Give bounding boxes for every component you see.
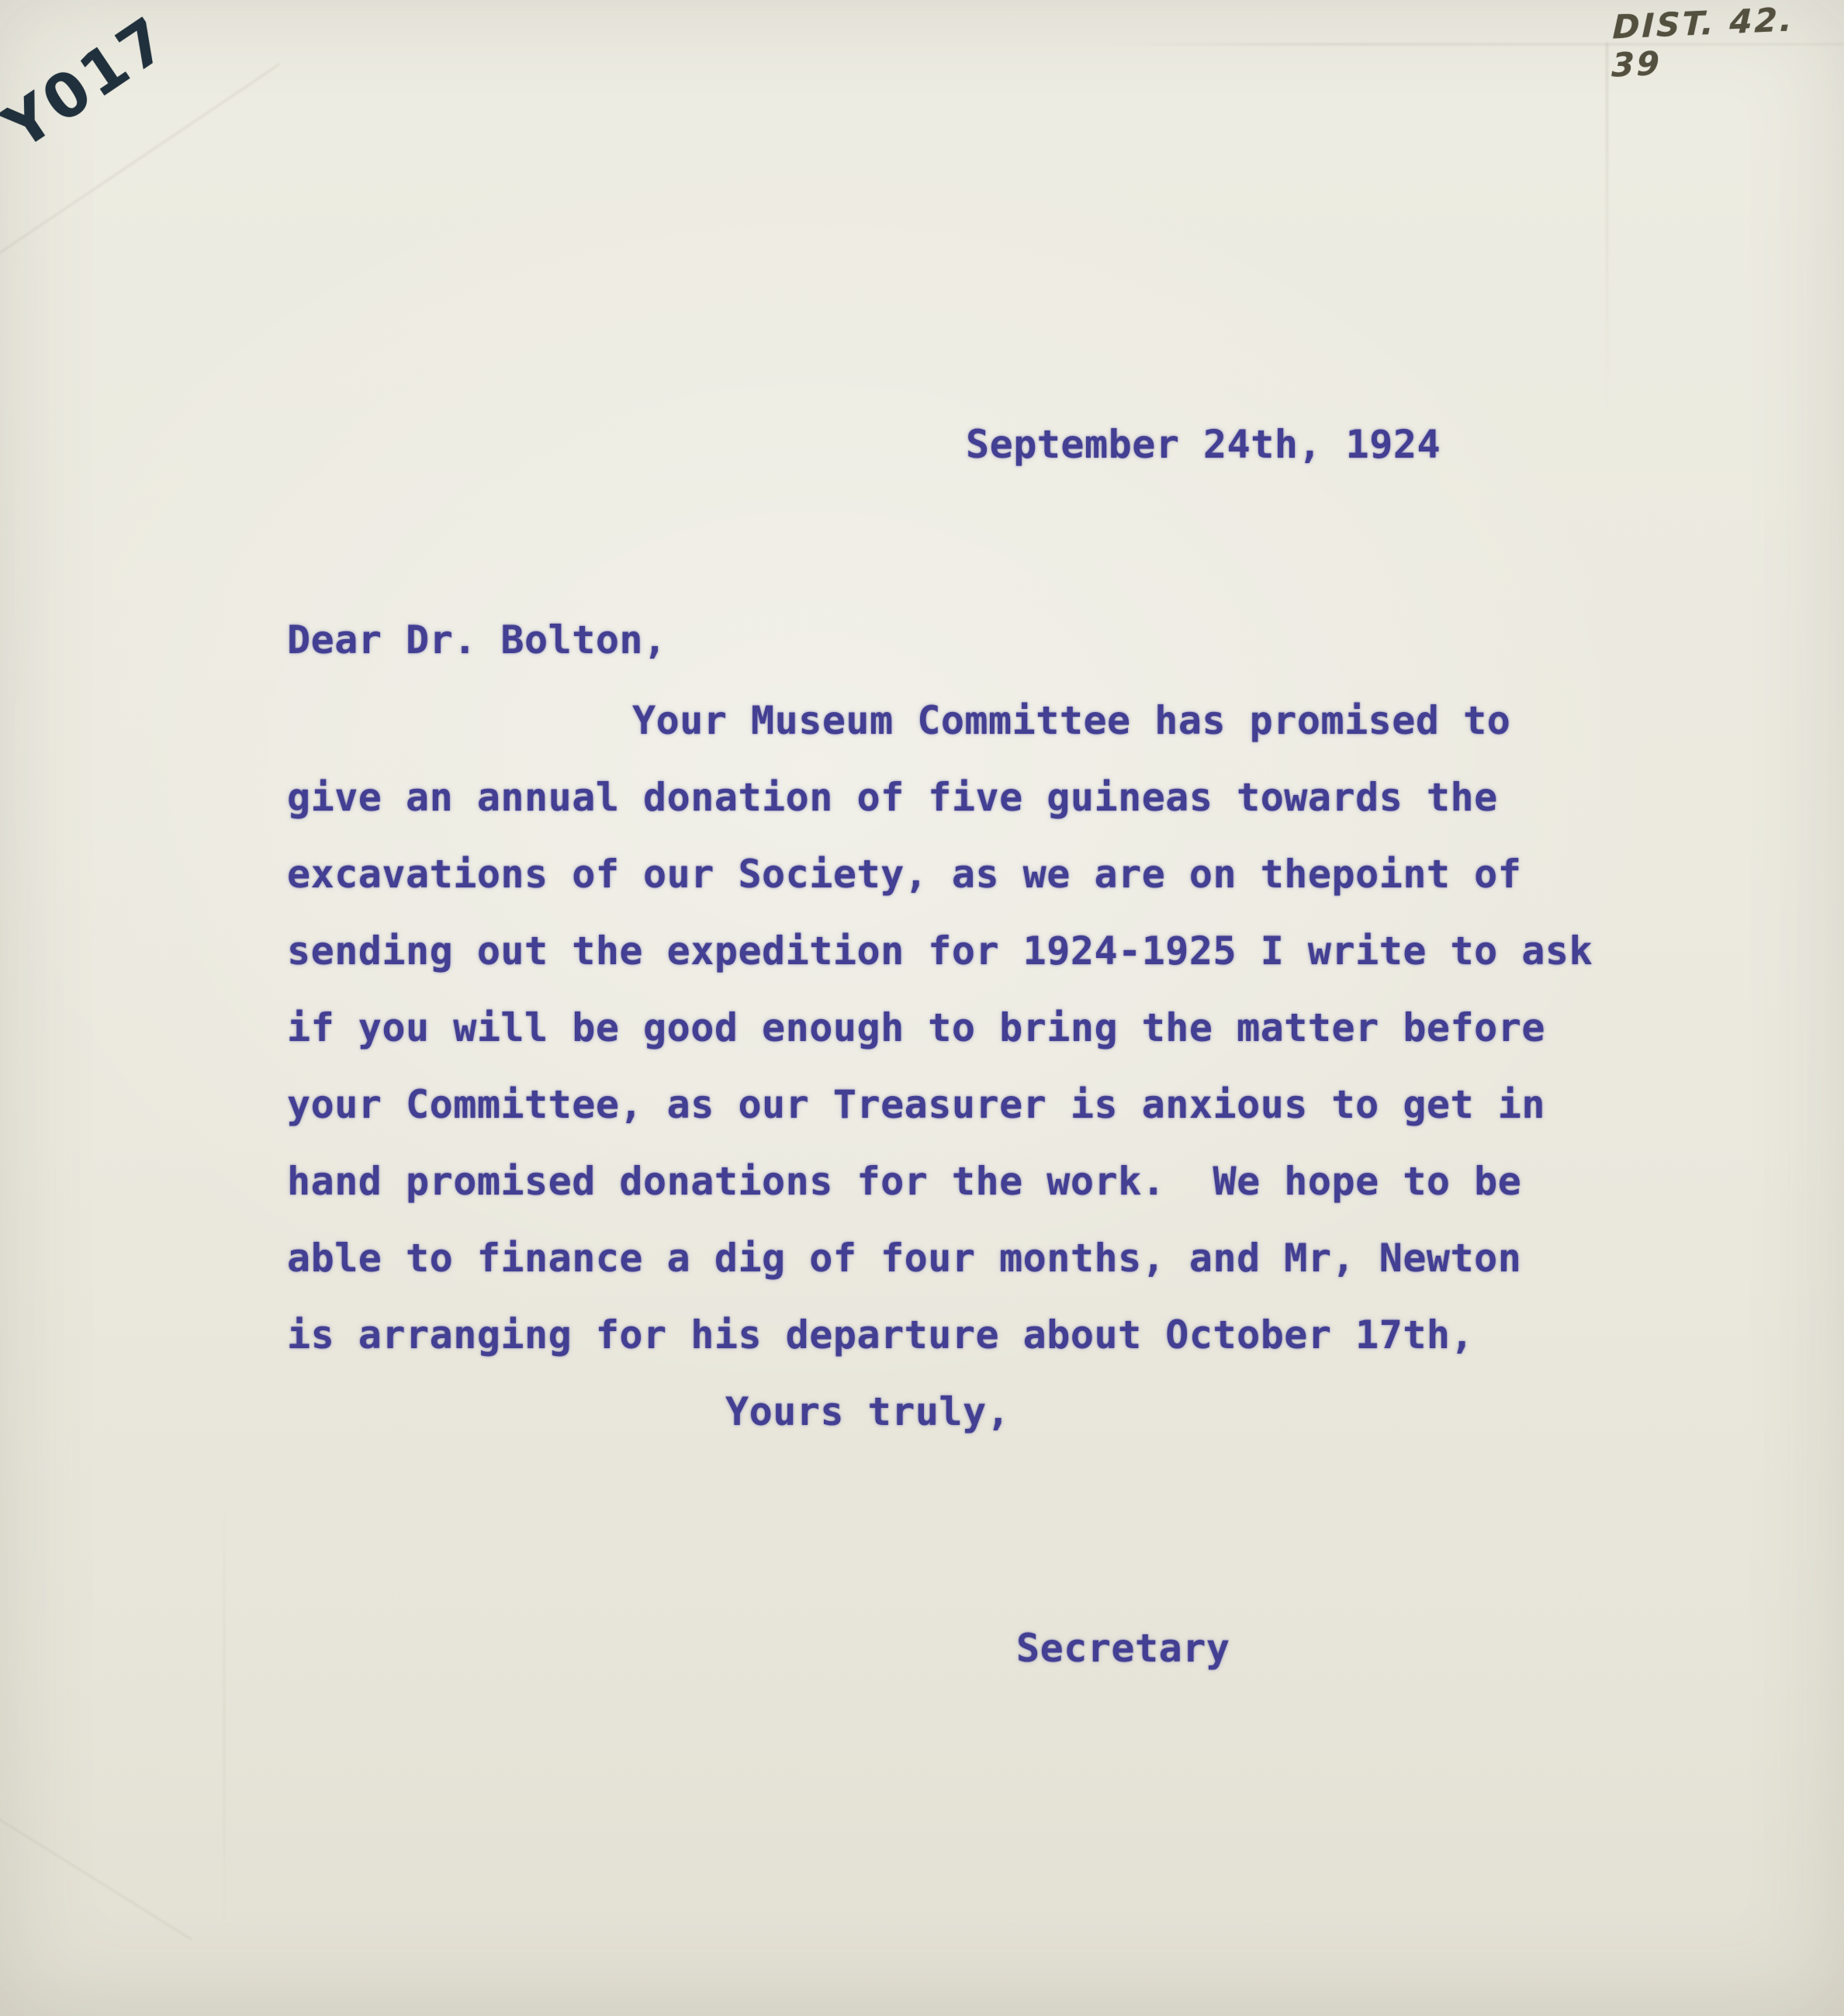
letter-scan-page: DIST. 42. 39 Y017 September 24th, 1924 D…: [0, 0, 1844, 2016]
letter-body-line: if you will be good enough to bring the …: [287, 990, 1668, 1067]
letter-signature: Secretary: [1016, 1629, 1230, 1668]
letter-salutation: Dear Dr. Bolton,: [287, 621, 667, 659]
letter-body-line: hand promised donations for the work. We…: [287, 1143, 1668, 1220]
letter-body-line: is arranging for his departure about Oct…: [287, 1297, 1668, 1374]
paper-crease-diagonal-bottom-left: [0, 1816, 192, 1941]
letter-body-line: your Committee, as our Treasurer is anxi…: [287, 1067, 1668, 1143]
catalog-mark-annotation: Y017: [0, 3, 182, 163]
letter-body-line: sending out the expedition for 1924-1925…: [287, 913, 1668, 990]
letter-body-line: able to finance a dig of four months, an…: [287, 1220, 1668, 1297]
paper-crease-vertical-left: [223, 1474, 225, 1939]
letter-body-line: Your Museum Committee has promised to: [287, 683, 1668, 759]
letter-closing: Yours truly,: [725, 1392, 1010, 1431]
paper-crease-vertical-right: [1606, 43, 1608, 415]
letter-date: September 24th, 1924: [966, 425, 1441, 464]
letter-body-line: excavations of our Society, as we are on…: [287, 836, 1668, 913]
letter-body-line: give an annual donation of five guineas …: [287, 759, 1668, 836]
archive-reference-annotation: DIST. 42. 39: [1611, 0, 1844, 85]
letter-body: Your Museum Committee has promised to gi…: [287, 683, 1668, 1374]
